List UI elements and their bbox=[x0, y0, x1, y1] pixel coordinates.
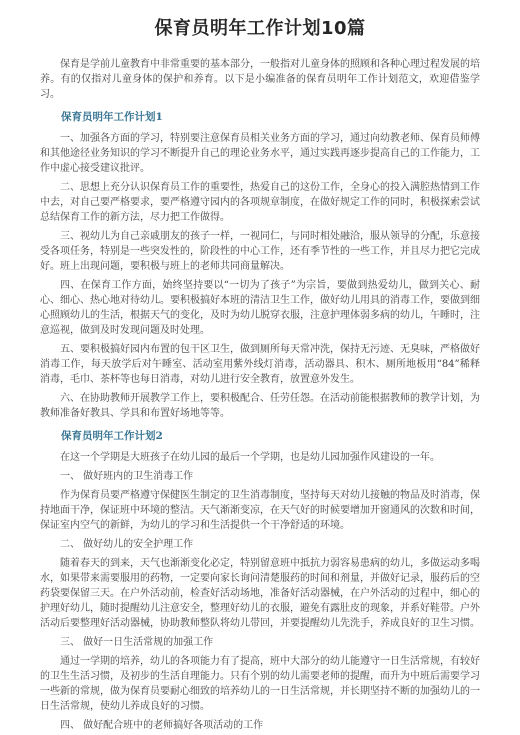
section-2-subitem-1: 一、 做好班内的卫生消毒工作 bbox=[40, 469, 480, 484]
section-2-paragraph-1: 在这一个学期是大班孩子在幼儿园的最后一个学期，也是幼儿园加强作风建设的一年。 bbox=[40, 450, 480, 465]
section-1-paragraph-4: 四、在保育工作方面，始终坚持要以“一切为了孩子”为宗旨，要做到热爱幼儿，做到关心… bbox=[40, 278, 480, 338]
section-1-heading: 保育员明年工作计划1 bbox=[40, 110, 480, 125]
section-1-paragraph-1: 一、加强各方面的学习，特别要注意保育员相关业务方面的学习，通过向幼教老师、保育员… bbox=[40, 131, 480, 176]
section-2-paragraph-2: 作为保育员要严格遵守保健医生制定的卫生消毒制度，坚持每天对幼儿接触的物品及时消毒… bbox=[40, 488, 480, 533]
section-2-heading: 保育员明年工作计划2 bbox=[40, 429, 480, 444]
section-2-paragraph-4: 通过一学期的培养，幼儿的各项能力有了提高，班中大部分的幼儿能遵守一日生活常规，有… bbox=[40, 654, 480, 714]
section-2-paragraph-3: 随着春天的到来，天气也渐渐变化必定，特别留意班中抵抗力弱容易患病的幼儿，多做运动… bbox=[40, 556, 480, 631]
section-2-subitem-2: 二、 做好幼儿的安全护理工作 bbox=[40, 537, 480, 552]
section-1-paragraph-3: 三、视幼儿为自己亲戚朋友的孩子一样，一视同仁，与同时相处融洽，服从领导的分配，乐… bbox=[40, 229, 480, 274]
document-page: 保育员明年工作计划10篇 保育是学前儿童教育中非常重要的基本部分，一般指对儿童身… bbox=[0, 0, 520, 735]
section-1-paragraph-6: 六、在协助教师开展教学工作上，要积极配合、任劳任怨。在活动前能根据教师的教学计划… bbox=[40, 391, 480, 421]
section-1-paragraph-2: 二、思想上充分认识保育员工作的重要性，热爱自己的这份工作，全身心的投入满腔热情到… bbox=[40, 180, 480, 225]
section-2-subitem-3: 三、 做好一日生活常规的加强工作 bbox=[40, 635, 480, 650]
section-1-paragraph-5: 五、要积极搞好园内布置的包干区卫生，做到厕所每天常冲洗，保持无污迹、无臭味，严格… bbox=[40, 342, 480, 387]
intro-paragraph: 保育是学前儿童教育中非常重要的基本部分，一般指对儿童身体的照顾和各种心理过程发展… bbox=[40, 57, 480, 102]
section-2-subitem-4: 四、 做好配合班中的老师搞好各项活动的工作 bbox=[40, 718, 480, 733]
document-title: 保育员明年工作计划10篇 bbox=[40, 16, 480, 42]
